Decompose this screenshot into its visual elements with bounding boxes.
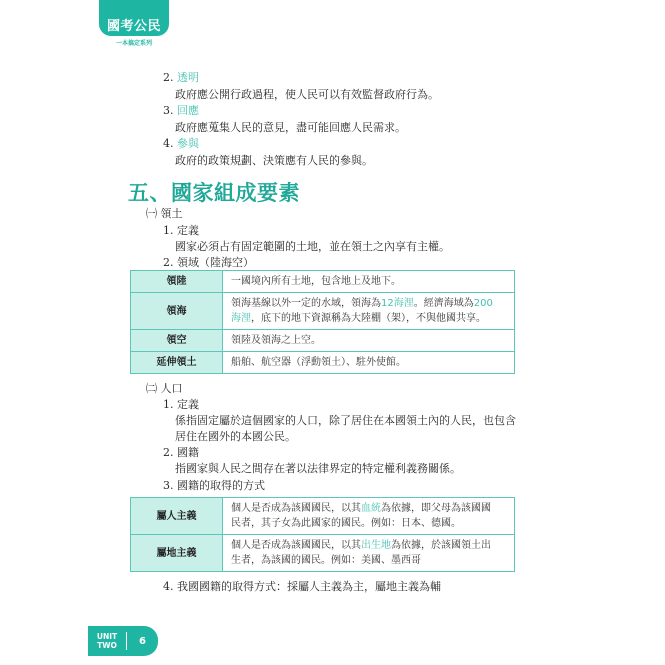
text-part: 。經濟海域為 [414,298,474,309]
text-part: ，底下的地下資源稱為大陸棚（架），不與他國共享。 [251,313,486,324]
text-part: 民者，其子女為此國家的國民。例如：日本、德國。 [231,518,461,529]
definition-text: 居住在國外的本國公民。 [175,430,296,444]
brand-title: 國考公民 [107,15,161,34]
table-value: 船舶、航空器（浮動領土）、駐外使館。 [223,352,515,374]
page-number: 6 [127,636,158,647]
brand-subtitle: 一本搞定系列 [99,38,169,47]
table-value: 領海基線以外一定的水域，領海為12海浬。經濟海域為200海浬，底下的地下資源稱為… [223,293,515,330]
highlight-text: 血統 [361,503,381,514]
table-key: 領海 [131,293,223,330]
item-term: 回應 [177,104,199,117]
item-term: 參與 [177,137,199,150]
definition-text: 係指固定屬於這個國家的人口，除了居住在本國領土內的人民，也包含 [175,414,516,428]
subsection-population: ㈡ 人口 [146,382,183,396]
text-part: 個人是否成為該國國民，以其 [231,503,361,514]
acquire-title: 3. 國籍的取得的方式 [163,479,265,493]
table-row: 領陸 一國境內所有土地，包含地上及地下。 [131,271,515,293]
table-key: 領陸 [131,271,223,293]
item-number: 2. [163,71,174,84]
text-part: 為依據，即父母為該國國 [381,503,491,514]
item-description: 政府應公開行政過程，使人民可以有效監督政府行為。 [175,88,439,102]
table-key: 屬地主義 [131,535,223,572]
our-method-text: 4. 我國國籍的取得方式：採屬人主義為主，屬地主義為輔 [163,580,441,594]
highlight-text: 12海浬 [381,298,414,309]
unit-label: UNIT TWO [88,632,126,650]
table-row: 領空 領陸及領海之上空。 [131,330,515,352]
table-key: 延伸領土 [131,352,223,374]
item-number: 3. [163,104,174,117]
definition-title: 1. 定義 [163,224,199,238]
nationality-table: 屬人主義 個人是否成為該國國民，以其血統為依據，即父母為該國國民者，其子女為此國… [130,497,515,572]
highlight-text: 海浬 [231,313,251,324]
item-description: 政府應蒐集人民的意見，盡可能回應人民需求。 [175,121,406,135]
text-part: 個人是否成為該國國民，以其 [231,540,361,551]
table-key: 領空 [131,330,223,352]
item-description: 政府的政策規劃、決策應有人民的參與。 [175,154,373,168]
text-part: 為依據，於該國領土出 [391,540,491,551]
item-term: 透明 [177,71,199,84]
unit-page-tab: UNIT TWO 6 [88,626,158,656]
territory-table: 領陸 一國境內所有土地，包含地上及地下。 領海 領海基線以外一定的水域，領海為1… [130,270,515,374]
table-value: 個人是否成為該國國民，以其出生地為依據，於該國領土出生者，為該國的國民。例如：美… [223,535,515,572]
subsection-territory: ㈠ 領土 [146,207,183,221]
list-item-number: 3. 回應 [163,104,199,118]
table-value: 個人是否成為該國國民，以其血統為依據，即父母為該國國民者，其子女為此國家的國民。… [223,498,515,535]
text-part: 生者，為該國的國民。例如：美國、墨西哥 [231,555,421,566]
table-row: 屬人主義 個人是否成為該國國民，以其血統為依據，即父母為該國國民者，其子女為此國… [131,498,515,535]
table-row: 領海 領海基線以外一定的水域，領海為12海浬。經濟海域為200海浬，底下的地下資… [131,293,515,330]
nationality-title: 2. 國籍 [163,446,199,460]
table-value: 領陸及領海之上空。 [223,330,515,352]
table-row: 屬地主義 個人是否成為該國國民，以其出生地為依據，於該國領土出生者，為該國的國民… [131,535,515,572]
definition-title: 1. 定義 [163,398,199,412]
domain-title: 2. 領域（陸海空） [163,256,254,270]
highlight-text: 出生地 [361,540,391,551]
brand-tab: 國考公民 [99,0,169,36]
list-item-number: 2. 透明 [163,71,199,85]
list-item-number: 4. 參與 [163,137,199,151]
table-key: 屬人主義 [131,498,223,535]
highlight-text: 200 [474,298,493,309]
definition-text: 國家必須占有固定範圍的土地，並在領土之內享有主權。 [175,240,450,254]
section-heading: 五、國家組成要素 [128,177,300,207]
table-row: 延伸領土 船舶、航空器（浮動領土）、駐外使館。 [131,352,515,374]
text-part: 領海基線以外一定的水域，領海為 [231,298,381,309]
table-value: 一國境內所有土地，包含地上及地下。 [223,271,515,293]
nationality-text: 指國家與人民之間存在著以法律界定的特定權利義務關係。 [175,462,461,476]
item-number: 4. [163,137,174,150]
